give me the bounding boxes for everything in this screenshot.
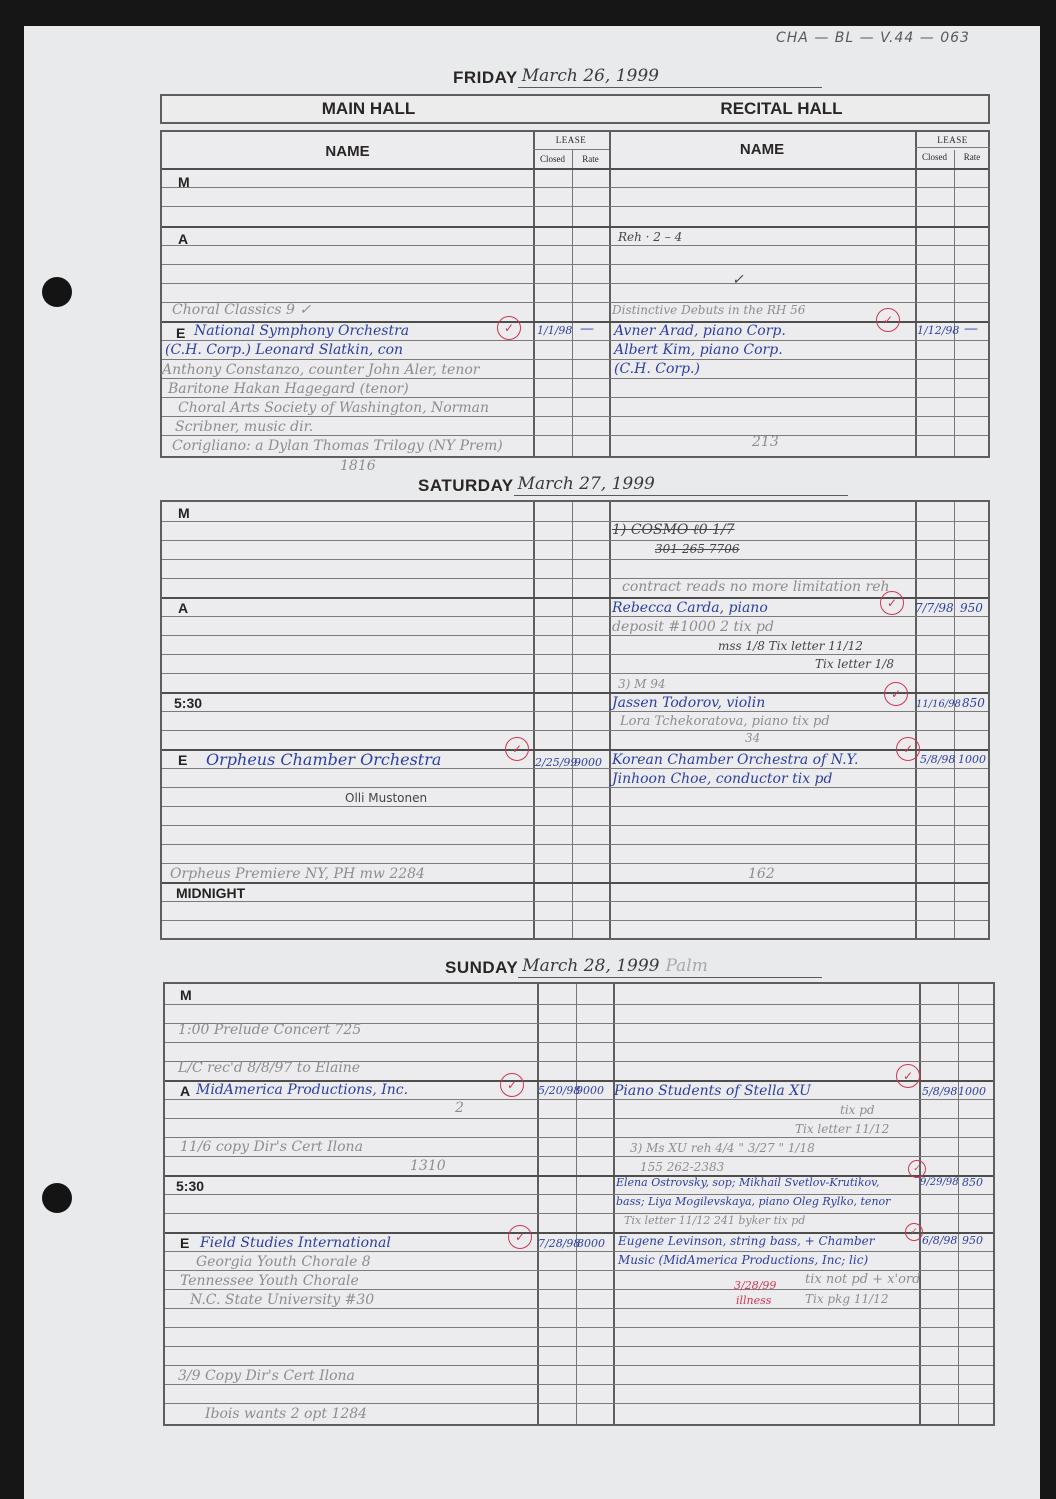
day-name: SUNDAY [445,958,518,978]
booking-note: 2 [455,1100,464,1116]
confirmed-check-icon: ✓ [880,591,904,615]
lease-rate: 8000 [577,1236,605,1252]
booking-note: Ibois wants 2 opt 1284 [205,1406,367,1422]
booking-note: N.C. State University #30 [190,1292,374,1308]
lease-column-header: LEASE [915,135,990,145]
lease-closed-date: 7/28/98 [538,1236,580,1252]
booking-entry: Field Studies International [200,1235,391,1251]
booking-entry: Avner Arad, piano Corp. [614,323,786,339]
booking-entry: Jinhoon Choe, conductor tix pd [612,771,832,787]
confirmed-check-icon: ✓ [905,1223,923,1241]
booking-note: Lora Tchekoratova, piano tix pd [620,714,830,730]
booking-note: L/C rec'd 8/8/97 to Elaine [178,1060,360,1076]
booking-entry: Piano Students of Stella XU [614,1083,811,1099]
main-hall-title: MAIN HALL [162,96,575,122]
booking-note: 1:00 Prelude Concert 725 [178,1022,361,1038]
slot-label-afternoon: A [178,600,188,616]
day-name: FRIDAY [453,68,518,88]
lease-rate: 1000 [958,752,986,768]
booking-note: Corigliano: a Dylan Thomas Trilogy (NY P… [172,438,503,454]
lease-rate: 950 [962,1233,983,1249]
confirmed-check-icon: ✓ [884,682,908,706]
confirmed-check-icon: ✓ [896,737,920,761]
booking-note: Tix letter 11/12 [795,1121,889,1137]
slot-label-530: 5:30 [176,1178,204,1194]
confirmed-check-icon: ✓ [876,308,900,332]
booking-entry: National Symphony Orchestra [194,323,409,339]
booking-entry: Rebecca Carda, piano [612,600,768,616]
lease-closed-date: 1/1/98 [537,323,572,339]
lease-closed-date: 5/8/98 [920,752,955,768]
lease-rate: 950 [960,600,983,616]
booking-note: Choral Classics 9 ✓ [172,302,311,318]
slot-label-evening: E [176,325,185,341]
booking-note: Orpheus Premiere NY, PH mw 2284 [170,866,425,882]
slot-label-morning: M [180,987,192,1003]
booking-note: 3) M 94 [618,676,666,692]
booking-entry: MidAmerica Productions, Inc. [196,1082,408,1098]
booking-note: ✓ [732,272,744,288]
slot-label-morning: M [178,505,190,521]
lease-closed-date: 9/29/98 [920,1175,959,1191]
lease-rate: — [964,321,978,337]
lease-column-header: LEASE [533,135,609,145]
booking-note: 155 262-2383 [640,1159,724,1175]
booking-note: 11/6 copy Dir's Cert Ilona [180,1139,363,1155]
slot-label-morning: M [178,174,190,190]
booking-note: 162 [748,866,775,882]
booking-note: Choral Arts Society of Washington, Norma… [178,400,489,416]
slot-label-afternoon: A [180,1083,190,1099]
booking-note: 3) Ms XU reh 4/4 " 3/27 " 1/18 [630,1140,815,1156]
booking-note: contract reads no more limitation reh [622,579,890,595]
booking-entry: Eugene Levinson, string bass, + Chamber [618,1233,874,1249]
confirmed-check-icon: ✓ [500,1073,524,1097]
lease-closed-date: 6/8/98 [922,1233,957,1249]
lease-rate: 9000 [574,755,602,771]
booking-note: Tix letter 1/8 [815,656,894,672]
lease-rate: — [580,321,594,337]
saturday-heading: SATURDAY March 27, 1999 [418,466,848,496]
closed-column-header: Closed [915,152,954,162]
lease-rate: 850 [962,695,985,711]
booking-entry: Korean Chamber Orchestra of N.Y. [612,752,858,768]
booking-note: mss 1/8 Tix letter 11/12 [718,638,863,654]
confirmed-check-icon: ✓ [505,737,529,761]
lease-rate: 9000 [576,1083,604,1099]
archive-id: CHA — BL — V.44 — 063 [776,30,970,46]
slot-label-evening: E [178,752,187,768]
cancellation-note: 3/28/99 [734,1278,776,1294]
booking-note: 1) COSMO ℓ0 1/7 [612,522,735,538]
slot-label-midnight: MIDNIGHT [176,885,245,901]
rate-column-header: Rate [572,154,609,164]
booking-note: 1816 [340,458,376,474]
lease-rate: 1000 [958,1084,986,1100]
booking-note: tix pd [840,1102,875,1118]
lease-closed-date: 11/16/98 [916,697,961,713]
booking-note: 34 [745,730,760,746]
booking-note: 3/9 Copy Dir's Cert Ilona [178,1368,355,1384]
date-text: March 28, 1999 [522,956,659,976]
slot-label-530: 5:30 [174,695,202,711]
booking-note: Scribner, music dir. [175,419,313,435]
binder-hole [42,1183,72,1213]
booking-note: 213 [752,434,779,450]
booking-note: deposit #1000 2 tix pd [612,619,774,635]
booking-entry: Orpheus Chamber Orchestra [206,752,441,768]
name-column-header: NAME [162,143,533,160]
booking-note: 1310 [410,1158,446,1174]
booking-entry: Jassen Todorov, violin [612,695,765,711]
booking-entry: Albert Kim, piano Corp. [614,342,783,358]
slot-label-afternoon: A [178,231,188,247]
booking-note: Distinctive Debuts in the RH 56 [612,302,805,318]
lease-closed-date: 5/8/98 [922,1084,957,1100]
hall-header: MAIN HALL RECITAL HALL [160,94,990,124]
lease-closed-date: 2/25/99 [535,755,577,771]
booking-entry: (C.H. Corp.) Leonard Slatkin, con [165,342,403,358]
friday-heading: FRIDAY March 26, 1999 [453,58,822,88]
lease-rate: 850 [962,1175,983,1191]
booking-note: Tix letter 11/12 241 byker tix pd [624,1213,805,1229]
booking-entry: Music (MidAmerica Productions, Inc; lic) [618,1252,868,1268]
cancellation-note: illness [736,1293,771,1309]
recital-hall-title: RECITAL HALL [575,96,988,122]
rate-column-header: Rate [954,152,990,162]
slot-label-evening: E [180,1235,189,1251]
booking-note: Anthony Constanzo, counter John Aler, te… [162,362,479,378]
date-annotation: Palm [665,956,707,976]
confirmed-check-icon: ✓ [497,316,521,340]
lease-closed-date: 7/7/98 [915,600,954,616]
binder-hole [42,277,72,307]
lease-closed-date: 5/20/98 [538,1083,580,1099]
rehearsal-note: Reh · 2 – 4 [618,229,682,245]
booking-note: Olli Mustonen [345,790,427,806]
booking-note: 301-265-7706 [655,541,739,557]
booking-entry: Elena Ostrovsky, sop; Mikhail Svetlov-Kr… [616,1175,880,1191]
lease-closed-date: 1/12/98 [917,323,959,339]
name-column-header: NAME [609,141,915,158]
sunday-heading: SUNDAY March 28, 1999Palm [445,948,822,978]
booking-note: Baritone Hakan Hagegard (tenor) [168,381,409,397]
closed-column-header: Closed [533,154,572,164]
confirmed-check-icon: ✓ [896,1064,920,1088]
day-name: SATURDAY [418,476,514,496]
day-date: March 27, 1999 [514,473,848,496]
day-date: March 26, 1999 [518,65,822,88]
booking-entry: bass; Liya Mogilevskaya, piano Oleg Rylk… [616,1194,890,1210]
booking-entry: (C.H. Corp.) [614,361,700,377]
confirmed-check-icon: ✓ [508,1225,532,1249]
booking-note: Georgia Youth Chorale 8 [196,1254,371,1270]
booking-note: Tennessee Youth Chorale [180,1273,359,1289]
day-date: March 28, 1999Palm [518,955,822,978]
booking-note: tix not pd + x'ord [805,1272,920,1288]
booking-note: Tix pkg 11/12 [805,1291,888,1307]
